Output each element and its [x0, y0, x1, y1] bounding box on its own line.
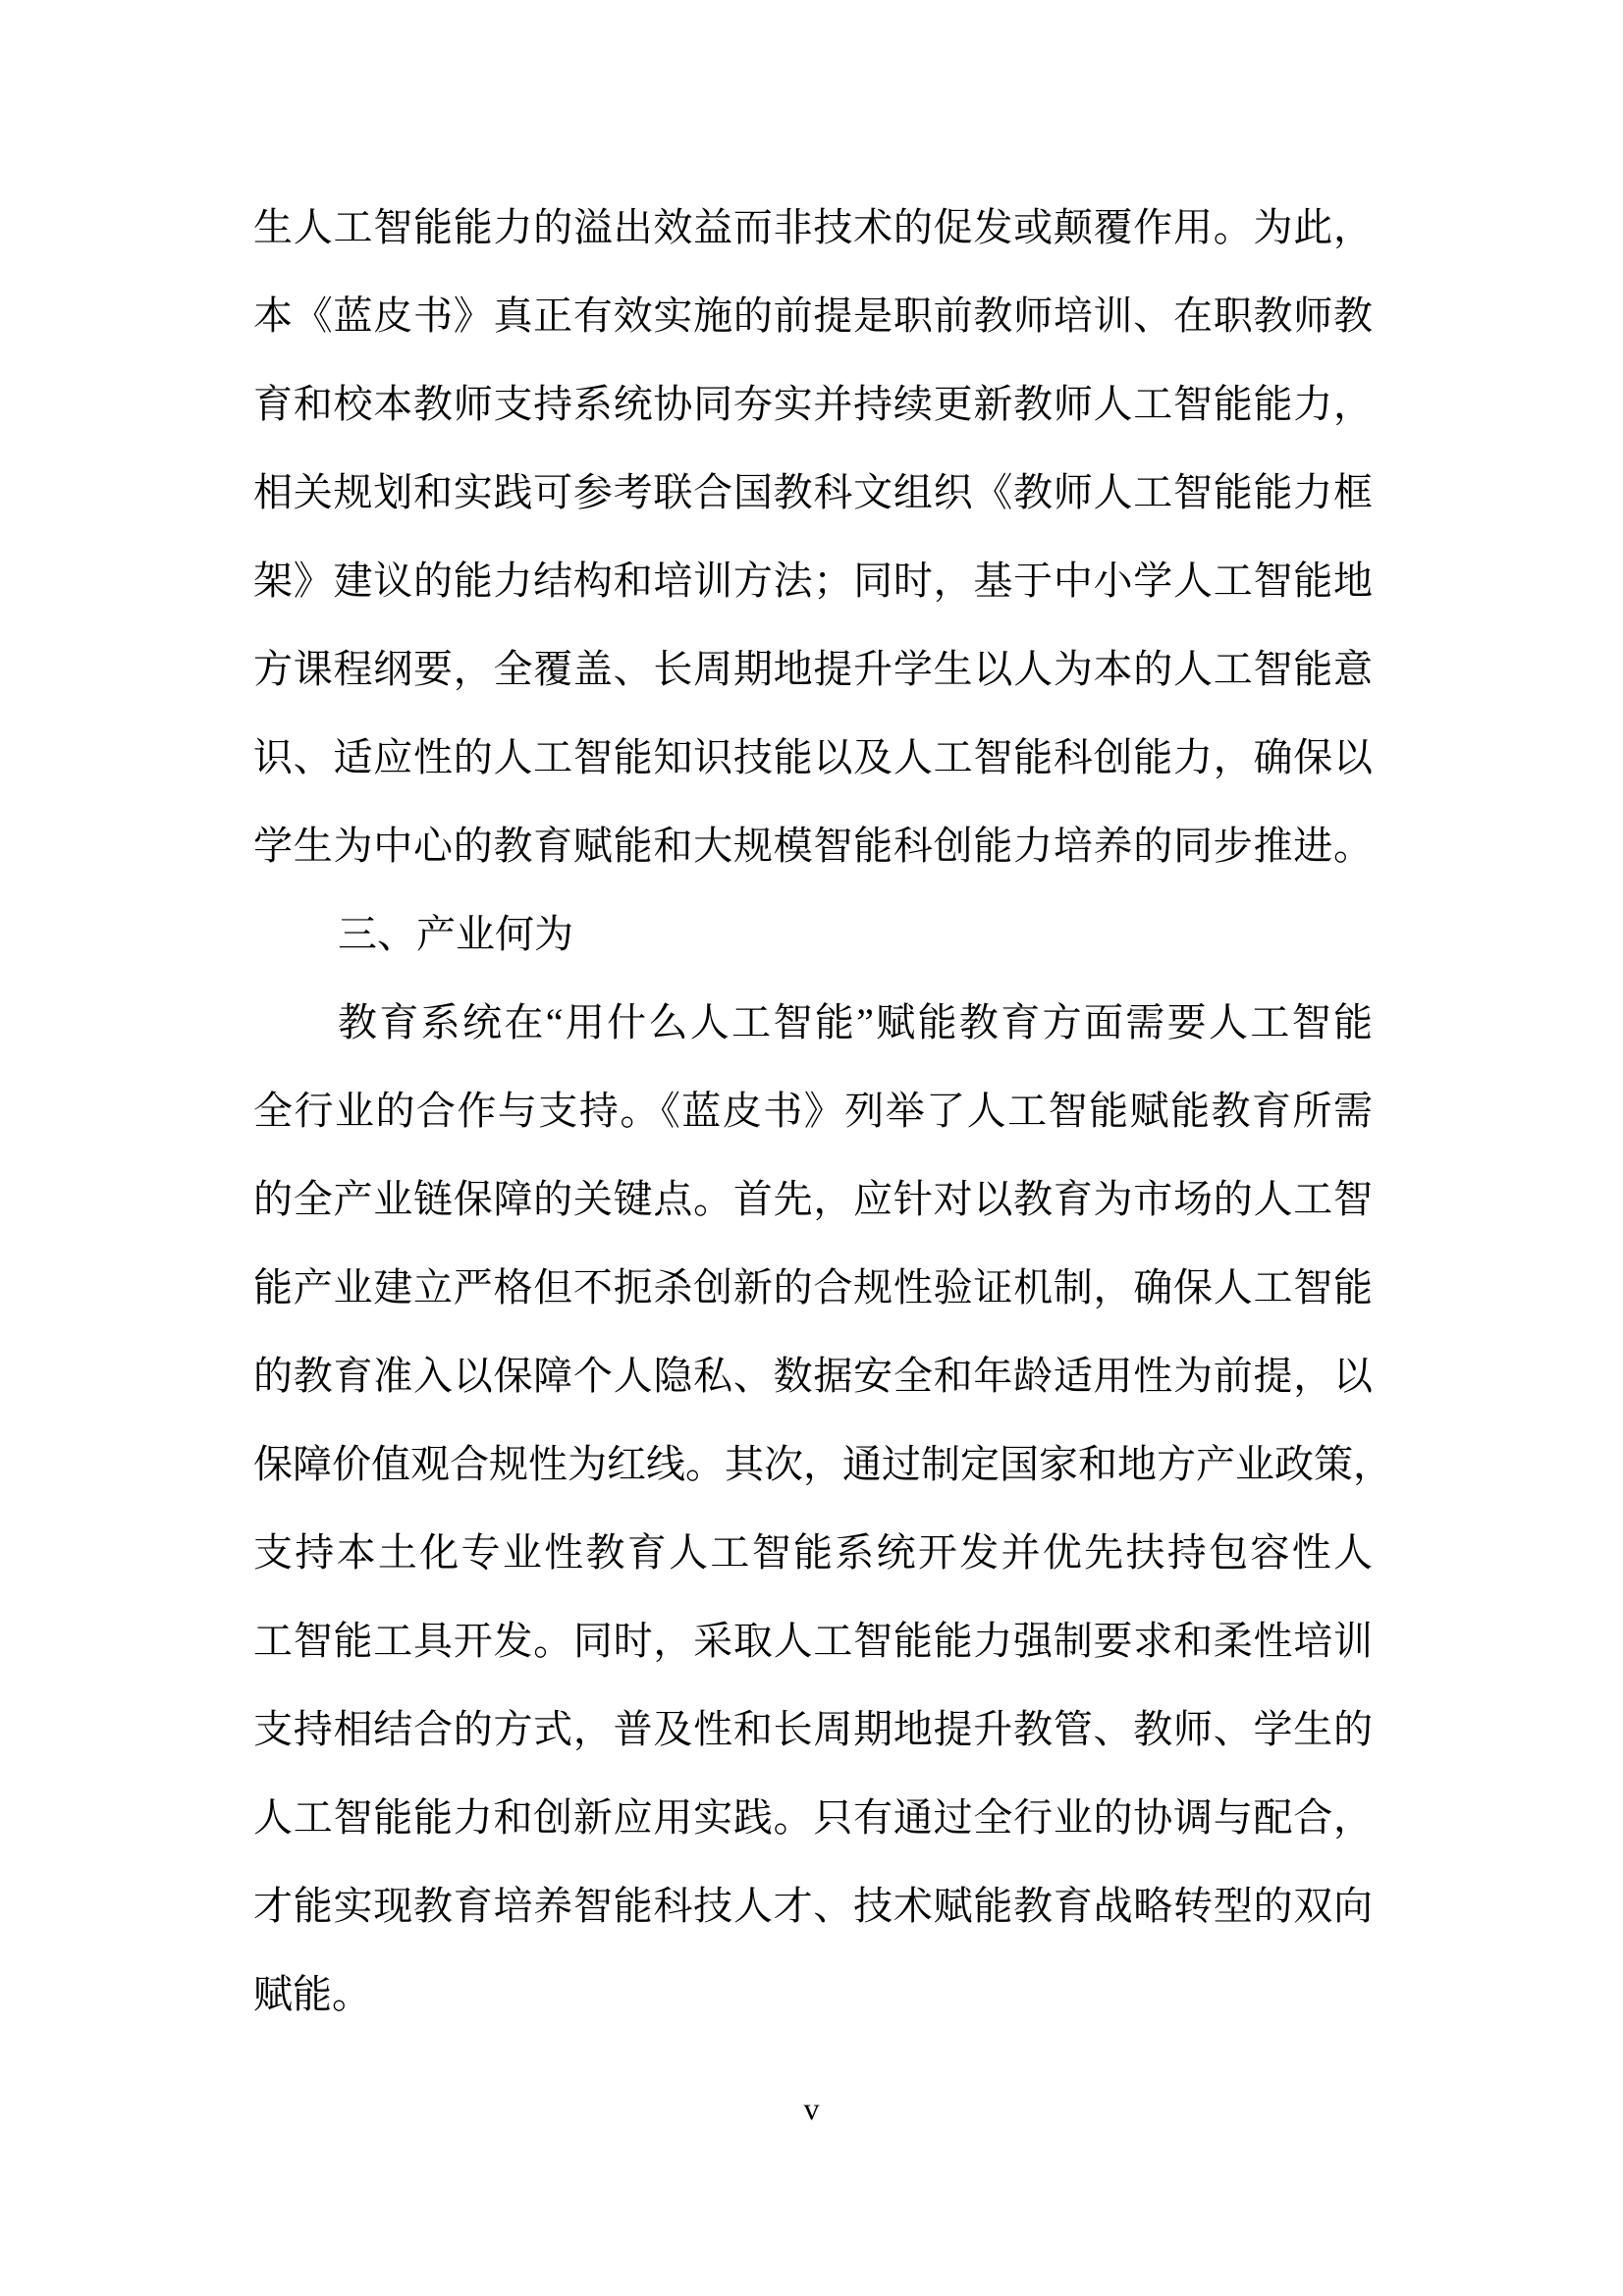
text-line: 赋能。 [253, 1950, 1373, 2039]
text-line: 能产业建立严格但不扼杀创新的合规性验证机制，确保人工智能 [253, 1244, 1373, 1332]
text-line: 本《蓝皮书》真正有效实施的前提是职前教师培训、在职教师教 [253, 272, 1373, 360]
body-text: 生人工智能能力的溢出效益而非技术的促发或颠覆作用。为此， 本《蓝皮书》真正有效实… [253, 184, 1373, 2039]
section-heading: 三、产业何为 [253, 890, 1373, 979]
text-line: 支持本土化专业性教育人工智能系统开发并优先扶持包容性人 [253, 1509, 1373, 1597]
text-line: 学生为中心的教育赋能和大规模智能科创能力培养的同步推进。 [253, 802, 1373, 890]
text-line: 相关规划和实践可参考联合国教科文组织《教师人工智能能力框 [253, 449, 1373, 537]
text-line: 才能实现教育培养智能科技人才、技术赋能教育战略转型的双向 [253, 1862, 1373, 1950]
text-line: 方课程纲要，全覆盖、长周期地提升学生以人为本的人工智能意 [253, 625, 1373, 714]
document-page: 生人工智能能力的溢出效益而非技术的促发或颠覆作用。为此， 本《蓝皮书》真正有效实… [0, 0, 1623, 2296]
text-line: 教育系统在“用什么人工智能”赋能教育方面需要人工智能 [253, 979, 1373, 1067]
text-line: 全行业的合作与支持。《蓝皮书》列举了人工智能赋能教育所需 [253, 1067, 1373, 1155]
text-line: 的全产业链保障的关键点。首先，应针对以教育为市场的人工智 [253, 1155, 1373, 1244]
text-line: 生人工智能能力的溢出效益而非技术的促发或颠覆作用。为此， [253, 184, 1373, 272]
page-number: v [0, 2089, 1623, 2128]
text-line: 支持相结合的方式，普及性和长周期地提升教管、教师、学生的 [253, 1685, 1373, 1774]
text-line: 保障价值观合规性为红线。其次，通过制定国家和地方产业政策， [253, 1420, 1373, 1509]
text-line: 育和校本教师支持系统协同夯实并持续更新教师人工智能能力， [253, 360, 1373, 449]
text-line: 的教育准入以保障个人隐私、数据安全和年龄适用性为前提，以 [253, 1332, 1373, 1420]
text-line: 架》建议的能力结构和培训方法；同时，基于中小学人工智能地 [253, 537, 1373, 625]
text-line: 识、适应性的人工智能知识技能以及人工智能科创能力，确保以 [253, 714, 1373, 802]
text-line: 人工智能能力和创新应用实践。只有通过全行业的协调与配合， [253, 1774, 1373, 1862]
text-line: 工智能工具开发。同时，采取人工智能能力强制要求和柔性培训 [253, 1597, 1373, 1685]
